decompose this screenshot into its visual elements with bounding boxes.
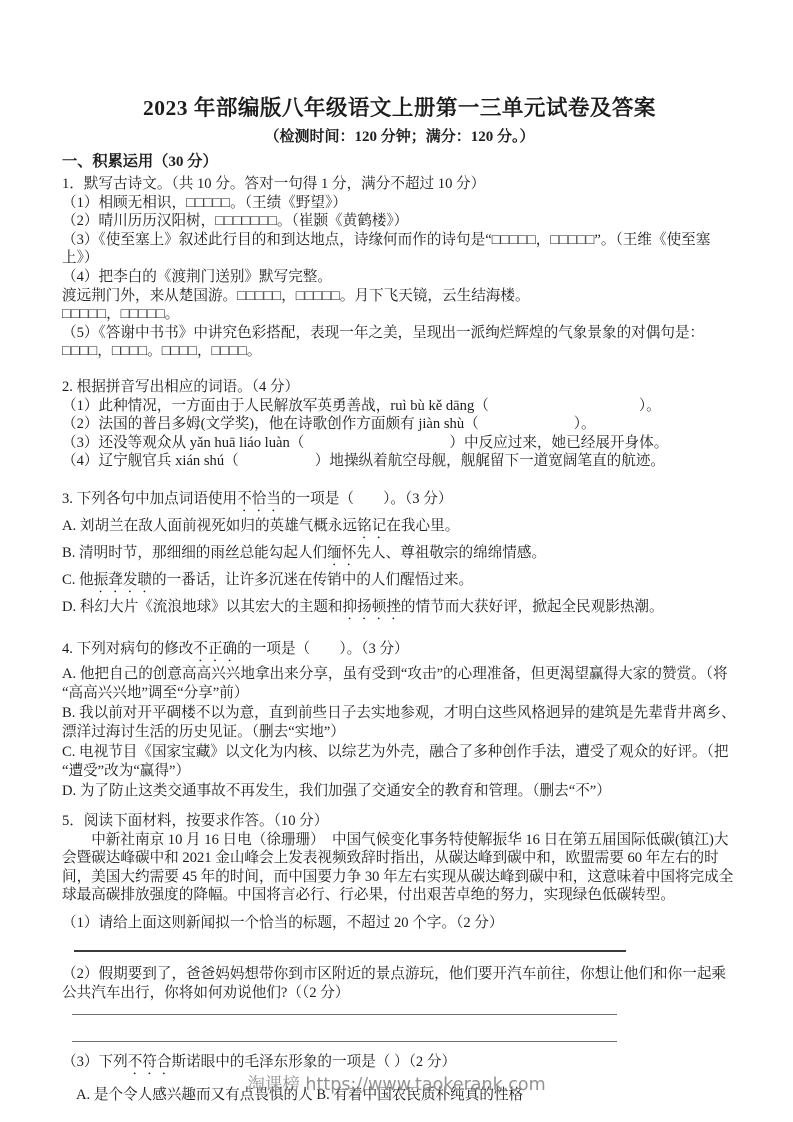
- text-segment: C. 他: [62, 572, 94, 588]
- question-4: 4. 下列对病句的修改不正确的一项是（ ）。（3 分） A. 他把自己的创意高高…: [62, 640, 737, 802]
- emphasized-word: 不恰当: [237, 491, 281, 507]
- q1-stem: 1．默写古诗文。（共 10 分。答对一句得 1 分，满分不超过 10 分）: [62, 175, 737, 194]
- emphasized-word: 振聋发聩: [94, 572, 152, 588]
- answer-blank: [479, 427, 574, 428]
- emphasized-word: 不符合: [128, 1054, 172, 1070]
- question-5: 5．阅读下面材料，按要求作答。（10 分） 中新社南京 10 月 16 日电（徐…: [62, 812, 737, 1105]
- emphasized-word: 缅怀: [327, 545, 356, 561]
- text-segment: B. 清明时节，那细细的雨丝总能勾起人们: [62, 545, 327, 561]
- text-segment: D. 科幻大片《流浪地球》以其宏大的主题和: [62, 599, 343, 615]
- text-segment: 斯诺眼中的毛泽东形象的一项是（ ）（2 分）: [171, 1054, 456, 1070]
- emphasized-word: 不正确: [193, 641, 237, 657]
- q2-item-1: （1）此种情况，一方面由于人民解放军英勇善战，ruì bù kě dāng（）。: [62, 397, 737, 416]
- q1-item-3: （3）《使至塞上》叙述此行目的和到达地点，诗缘何而作的诗句是“□□□□□，□□□…: [62, 231, 737, 268]
- text-segment: ）。: [574, 416, 596, 432]
- watermark-footer: 淘课榜 https://www.taokerank.com: [0, 1071, 793, 1096]
- answer-line: [74, 950, 626, 952]
- q2-item-3: （3）还没等观众从 yǎn huā liáo luàn（）中反应过来，她已经展开…: [62, 434, 737, 453]
- q2-item-4: （4）辽宁舰官兵 xián shú（）地操纵着航空母舰，舰艉留下一道宽阔笔直的航…: [62, 452, 737, 471]
- q3-option-b: B. 清明时节，那细细的雨丝总能勾起人们缅怀先人、尊祖敬宗的绵绵情感。: [62, 542, 737, 569]
- q3-option-d: D. 科幻大片《流浪地球》以其宏大的主题和抑扬顿挫的情节而大获好评，掀起全民观影…: [62, 596, 737, 623]
- text-segment: 的一项是（ ）。（3 分）: [237, 641, 408, 657]
- q4-stem: 4. 下列对病句的修改不正确的一项是（ ）。（3 分）: [62, 640, 737, 665]
- section-heading: 一、积累运用（30 分）: [62, 152, 737, 171]
- text-segment: 在我心里。: [386, 518, 459, 534]
- q5-news-paragraph: 中新社南京 10 月 16 日电（徐珊珊） 中国气候变化事务特使解振华 16 日…: [62, 831, 737, 905]
- q1-item-1: （1）相顾无相识，□□□□□。（王绩《野望》）: [62, 194, 737, 213]
- q2-item-2: （2）法国的普吕多姆(文学奖)，他在诗歌创作方面颇有 jiàn shù（）。: [62, 415, 737, 434]
- question-3: 3. 下列各句中加点词语使用不恰当的一项是（ ）。（3 分） A. 刘胡兰在敌人…: [62, 488, 737, 623]
- page-title: 2023 年部编版八年级语文上册第一三单元试卷及答案: [62, 95, 737, 121]
- q4-option-a: A. 他把自己的创意高高兴兴地拿出来分享，虽有受到“攻击”的心理准备，但更渴望赢…: [62, 665, 737, 704]
- text-segment: ）地操纵着航空母舰，舰艉留下一道宽阔笔直的航迹。: [315, 453, 665, 469]
- q4-option-d: D. 为了防止这类交通事故不再发生，我们加强了交通安全的教育和管理。（删去“不”…: [62, 782, 737, 802]
- text-segment: 的情节而大获好评，掀起全民观影热潮。: [401, 599, 664, 615]
- text-segment: 的一番话，让许多沉迷在传销中的人们醒悟过来。: [152, 572, 473, 588]
- answer-blank: [304, 446, 449, 447]
- text-segment: （1）此种情况，一方面由于人民解放军英勇善战，ruì bù kě dāng（: [62, 398, 489, 414]
- q5-sub-question-2: （2）假期要到了，爸爸妈妈想带你到市区附近的景点游玩，他们要开汽车前往，你想让他…: [62, 965, 737, 1002]
- text-segment: 3. 下列各句中加点词语使用: [62, 491, 237, 507]
- exam-info: （检测时间：120 分钟；满分：120 分。）: [62, 128, 737, 147]
- text-segment: ）中反应过来，她已经展开身体。: [449, 435, 668, 451]
- answer-blank: [489, 409, 639, 410]
- text-segment: ）。: [639, 398, 661, 414]
- question-2: 2. 根据拼音写出相应的词语。（4 分） （1）此种情况，一方面由于人民解放军英…: [62, 378, 737, 471]
- q5-stem: 5．阅读下面材料，按要求作答。（10 分）: [62, 812, 737, 831]
- text-segment: （3）下列: [62, 1054, 128, 1070]
- emphasized-word: 铭记: [357, 518, 386, 534]
- answer-line: [72, 1014, 617, 1015]
- question-1: 1．默写古诗文。（共 10 分。答对一句得 1 分，满分不超过 10 分） （1…: [62, 175, 737, 361]
- exam-page: 2023 年部编版八年级语文上册第一三单元试卷及答案 （检测时间：120 分钟；…: [0, 0, 793, 1122]
- q5-sub-question-1: （1）请给上面这则新闻拟一个恰当的标题，不超过 20 个字。（2 分）: [62, 914, 737, 933]
- q4-option-b: B. 我以前对开平碉楼不以为意，直到前些日子去实地参观，才明白这些风格迥异的建筑…: [62, 704, 737, 743]
- text-segment: A. 刘胡兰在敌人面前视死如归的英雄气概永远: [62, 518, 357, 534]
- text-segment: （4）辽宁舰官兵 xián shú（: [62, 453, 239, 469]
- q1-item-4-poem-line-1: 渡远荆门外，来从楚国游。□□□□□，□□□□□。月下飞天镜，云生结海楼。: [62, 287, 737, 306]
- answer-line: [72, 1041, 617, 1042]
- q3-option-c: C. 他振聋发聩的一番话，让许多沉迷在传销中的人们醒悟过来。: [62, 569, 737, 596]
- q1-item-5: （5）《答谢中书书》中讲究色彩搭配，表现一年之美，呈现出一派绚烂辉煌的气象景象的…: [62, 324, 737, 361]
- text-segment: 的一项是（ ）。（3 分）: [281, 491, 452, 507]
- q2-stem: 2. 根据拼音写出相应的词语。（4 分）: [62, 378, 737, 397]
- emphasized-word: 抑扬顿挫: [343, 599, 401, 615]
- text-segment: 4. 下列对病句的修改: [62, 641, 193, 657]
- q3-stem: 3. 下列各句中加点词语使用不恰当的一项是（ ）。（3 分）: [62, 488, 737, 515]
- text-segment: （2）法国的普吕多姆(文学奖)，他在诗歌创作方面颇有 jiàn shù（: [62, 416, 479, 432]
- q1-item-4: （4）把李白的《渡荆门送别》默写完整。: [62, 268, 737, 287]
- q4-option-c: C. 电视节目《国家宝藏》以文化为内核、以综艺为外壳，融合了多种创作手法，遭受了…: [62, 743, 737, 782]
- text-segment: 先人、尊祖敬宗的绵绵情感。: [356, 545, 546, 561]
- q1-item-4-poem-line-2: □□□□□，□□□□□。: [62, 305, 737, 324]
- q3-option-a: A. 刘胡兰在敌人面前视死如归的英雄气概永远铭记在我心里。: [62, 515, 737, 542]
- q1-item-2: （2）晴川历历汉阳树，□□□□□□□。（崔颢《黄鹤楼》）: [62, 212, 737, 231]
- text-segment: （3）还没等观众从 yǎn huā liáo luàn（: [62, 435, 304, 451]
- answer-blank: [239, 464, 315, 465]
